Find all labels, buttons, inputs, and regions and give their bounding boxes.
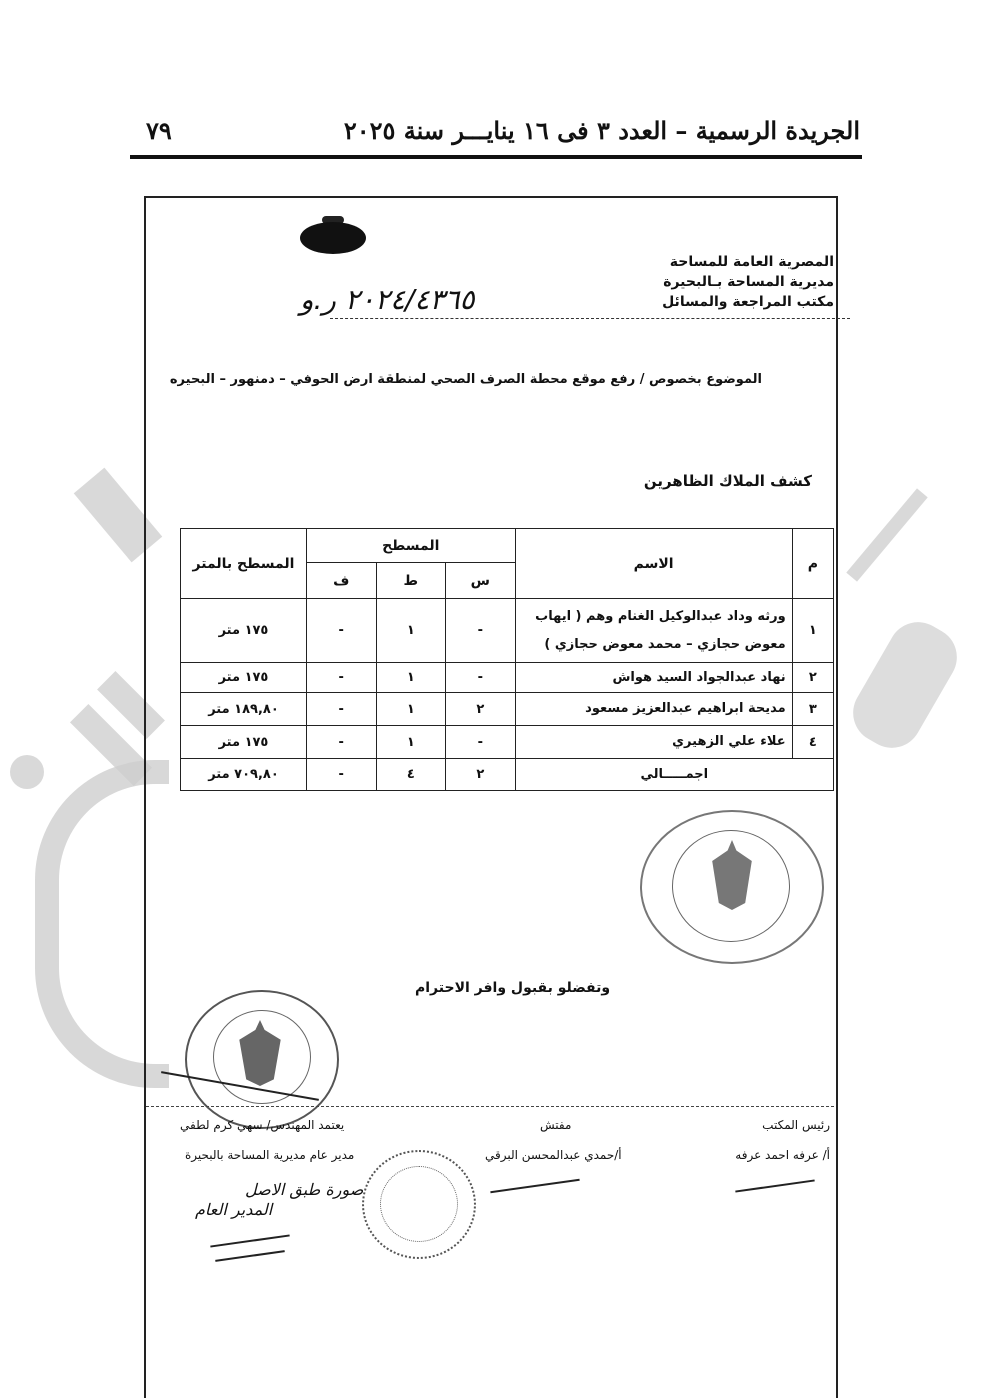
owners-table: م الاسم المسطح المسطح بالمتر س ط ف ١ ورث… (180, 528, 834, 791)
inspector-seal (362, 1150, 476, 1259)
handwritten-director-general: المدير العام (195, 1200, 272, 1219)
inspector-title: مفتش (540, 1118, 571, 1132)
survey-authority-emblem-icon (300, 222, 366, 254)
header-area-group: المسطح (306, 529, 515, 563)
header-index: م (792, 529, 833, 599)
subject-line: الموضوع بخصوص / رفع موقع محطة الصرف الصح… (170, 372, 762, 387)
office-head-title: رئيس المكتب (762, 1118, 830, 1132)
office-head-name: أ/ عرفه احمد عرفه (735, 1148, 830, 1162)
org-line-3: مكتب المراجعة والمسائل (662, 292, 834, 312)
reference-underline (330, 318, 850, 319)
header-feddan: ف (306, 563, 376, 599)
org-line-1: المصرية العامة للمساحة (662, 252, 834, 272)
organization-block: المصرية العامة للمساحة مديرية المساحة بـ… (662, 252, 834, 312)
approver-title: يعتمد المهندس/ سهي كرم لطفي (180, 1118, 344, 1132)
header-sahm: س (446, 563, 516, 599)
header-area-meters: المسطح بالمتر (181, 529, 307, 599)
closing-line: وتفضلو بقبول وافر الاحترام (415, 980, 610, 996)
list-title: كشف الملاك الظاهرين (644, 472, 812, 490)
page-number: ٧٩ (146, 116, 172, 145)
table-row: ٣ مديحة ابراهيم عبدالعزيز مسعود ٢ ١ - ١٨… (181, 693, 834, 726)
table-row: ٢ نهاد عبدالجواد السيد هواش - ١ - ١٧٥ مت… (181, 663, 834, 693)
header-rule (130, 155, 862, 159)
header-name: الاسم (515, 529, 792, 599)
header-qirat: ط (376, 563, 446, 599)
inspector-name: أ/حمدي عبدالمحسن البرقي (485, 1148, 622, 1162)
cabinet-stamp (640, 810, 824, 964)
survey-authority-stamp (185, 990, 339, 1129)
total-row: اجمـــــالي ٢ ٤ - ٧٠٩,٨٠ متر (181, 759, 834, 791)
gazette-title: الجريدة الرسمية – العدد ٣ فى ١٦ ينايـــر… (344, 116, 860, 145)
table-row: ١ ورثه وداد عبدالوكيل الغنام وهم ( ايهاب… (181, 599, 834, 663)
org-line-2: مديرية المساحة بـالبحيرة (662, 272, 834, 292)
table-row: ٤ علاء علي الزهيري - ١ - ١٧٥ متر (181, 726, 834, 759)
handwritten-certified-copy: صورة طبق الاصل (245, 1180, 363, 1199)
signature-divider (146, 1106, 834, 1107)
reference-number: ٢٠٢٤/٤٣٦٥ ر.و (300, 283, 475, 316)
approver-role: مدير عام مديرية المساحة بالبحيرة (185, 1148, 354, 1162)
page-header: الجريدة الرسمية – العدد ٣ فى ١٦ ينايـــر… (130, 112, 860, 156)
